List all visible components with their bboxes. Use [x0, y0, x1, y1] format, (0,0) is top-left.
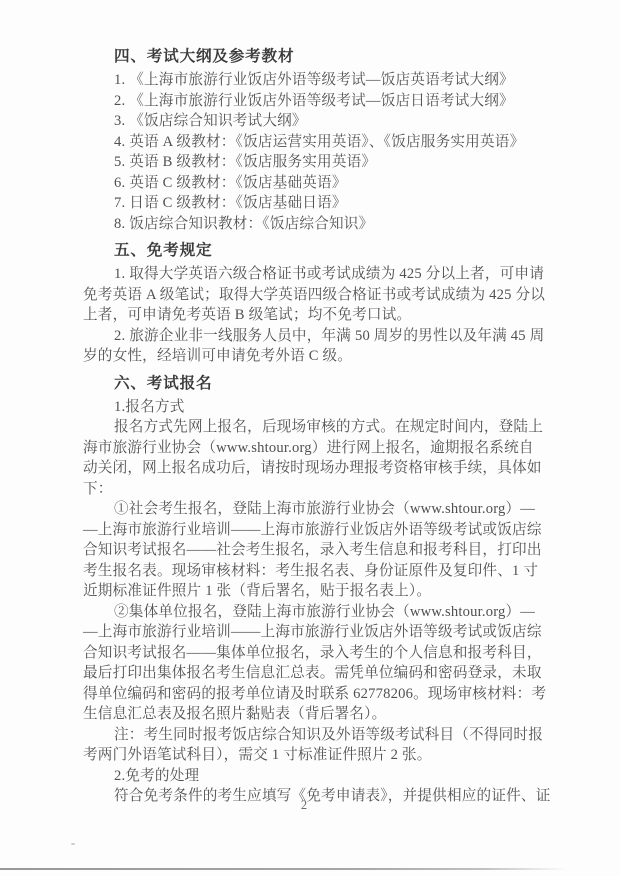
section-heading: 六、考试报名 — [114, 373, 553, 395]
section-heading: 五、免考规定 — [114, 240, 553, 262]
text-line: 1.报名方式 — [114, 397, 553, 418]
text-line: —上海市旅游行业培训——上海市旅游行业饭店外语等级考试或饭店综 — [83, 622, 553, 643]
text-line: ②集体单位报名，登陆上海市旅游行业协会（www.shtour.org）— — [114, 602, 553, 623]
text-line: 考生报名表。现场审核材料：考生报名表、身份证原件及复印件、1 寸 — [83, 561, 553, 582]
text-line: 5. 英语 B 级教材：《饭店服务实用英语》 — [114, 152, 553, 173]
text-line: 4. 英语 A 级教材：《饭店运营实用英语》、《饭店服务实用英语》 — [114, 132, 553, 153]
text-line: 合知识考试报名——社会考生报名，录入考生信息和报考科目，打印出 — [83, 540, 553, 561]
text-line: 2. 《上海市旅游行业饭店外语等级考试—饭店日语考试大纲》 — [114, 91, 553, 112]
text-line: 2.免考的处理 — [114, 766, 553, 787]
scan-edge-line — [0, 868, 568, 870]
text-line: 注：考生同时报考饭店综合知识及外语等级考试科目（不得同时报 — [114, 725, 553, 746]
text-block: 四、考试大纲及参考教材1. 《上海市旅游行业饭店外语等级考试—饭店英语考试大纲》… — [83, 46, 553, 807]
section-heading: 四、考试大纲及参考教材 — [114, 46, 553, 68]
text-line: 2. 旅游企业非一线服务人员中，年满 50 周岁的男性以及年满 45 周 — [114, 326, 553, 347]
page-number: 2 — [0, 798, 608, 813]
text-line: 报名方式先网上报名，后现场审核的方式。在规定时间内，登陆上 — [114, 417, 553, 438]
text-line: 1. 取得大学英语六级合格证书或考试成绩为 425 分以上者，可申请 — [114, 264, 553, 285]
text-line: 7. 日语 C 级教材：《饭店基础日语》 — [114, 193, 553, 214]
text-line: 生信息汇总表及报名照片黏贴表（背后署名）。 — [83, 704, 553, 725]
text-line: 6. 英语 C 级教材：《饭店基础英语》 — [114, 173, 553, 194]
document-page: 四、考试大纲及参考教材1. 《上海市旅游行业饭店外语等级考试—饭店英语考试大纲》… — [0, 0, 620, 876]
text-line: 上者，可申请免考英语 B 级笔试；均不免考口试。 — [83, 305, 553, 326]
text-line: 8. 饭店综合知识教材：《饭店综合知识》 — [114, 214, 553, 235]
text-line: 动关闭，网上报名成功后，请按时现场办理报考资格审核手续，具体如 — [83, 458, 553, 479]
text-line: 下： — [83, 479, 553, 500]
text-line: 1. 《上海市旅游行业饭店外语等级考试—饭店英语考试大纲》 — [114, 70, 553, 91]
text-line: 考两门外语笔试科目），需交 1 寸标准证件照片 2 张。 — [83, 745, 553, 766]
text-line: 岁的女性，经培训可申请免考外语 C 级。 — [83, 346, 553, 367]
text-line: ①社会考生报名，登陆上海市旅游行业协会（www.shtour.org）— — [114, 499, 553, 520]
text-line: 3. 《饭店综合知识考试大纲》 — [114, 111, 553, 132]
text-line: 免考英语 A 级笔试；取得大学英语四级合格证书或考试成绩为 425 分以 — [83, 285, 553, 306]
text-line: 合知识考试报名——集体单位报名，录入考生的个人信息和报考科目， — [83, 643, 553, 664]
text-line: —上海市旅游行业培训——上海市旅游行业饭店外语等级考试或饭店综 — [83, 520, 553, 541]
text-line: 最后打印出集体报名考生信息汇总表。需凭单位编码和密码登录，未取 — [83, 663, 553, 684]
text-line: 近期标准证件照片 1 张（背后署名，贴于报名表上）。 — [83, 581, 553, 602]
scan-speck — [71, 843, 75, 845]
text-line: 得单位编码和密码的报考单位请及时联系 62778206。现场审核材料：考 — [83, 684, 553, 705]
text-line: 海市旅游行业协会（www.shtour.org）进行网上报名，逾期报名系统自 — [83, 438, 553, 459]
